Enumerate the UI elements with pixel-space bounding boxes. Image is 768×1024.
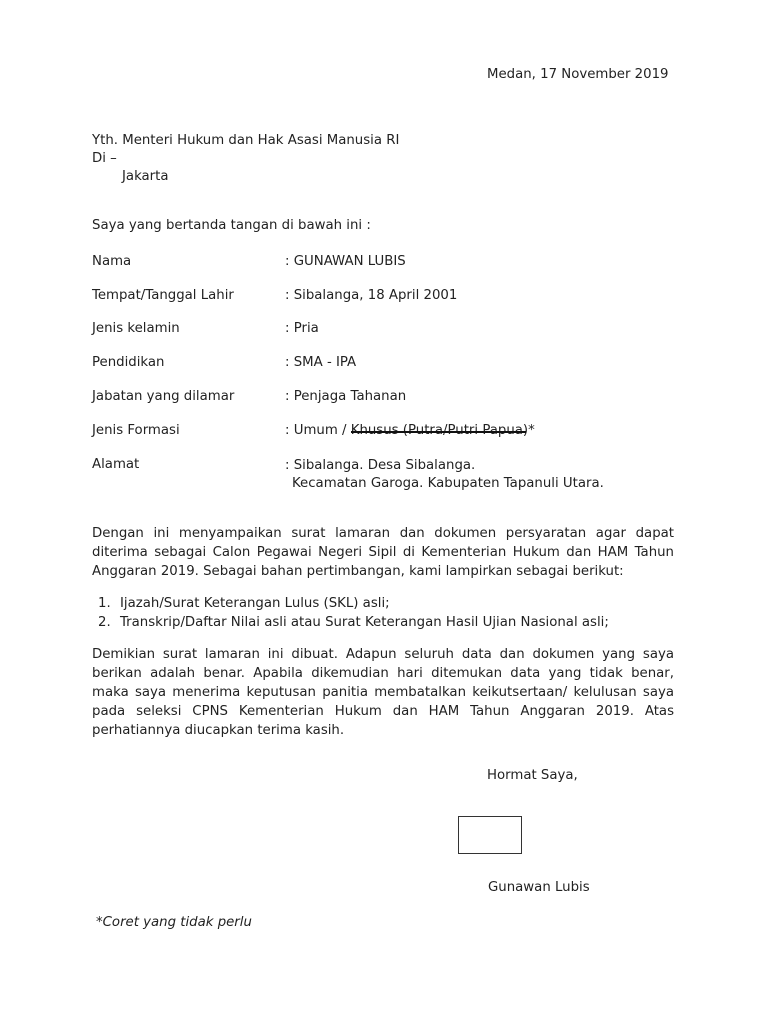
- field-label-nama: Nama: [92, 254, 131, 269]
- paragraph-submission: Dengan ini menyampaikan surat lamaran da…: [92, 524, 674, 581]
- signature-name: Gunawan Lubis: [488, 880, 590, 895]
- field-label-jenis-kelamin: Jenis kelamin: [92, 321, 180, 336]
- alamat-line-1: : Sibalanga. Desa Sibalanga.: [285, 457, 604, 475]
- addressee-di: Di –: [92, 150, 399, 168]
- field-label-jabatan: Jabatan yang dilamar: [92, 389, 234, 404]
- attachment-list: 1.Ijazah/Surat Keterangan Lulus (SKL) as…: [98, 594, 609, 632]
- field-value-alamat: : Sibalanga. Desa Sibalanga. Kecamatan G…: [285, 457, 604, 493]
- field-label-jenis-formasi: Jenis Formasi: [92, 423, 180, 438]
- formasi-struck-option: Khusus (Putra/Putri Papua): [351, 423, 528, 438]
- field-value-nama: : GUNAWAN LUBIS: [285, 254, 406, 269]
- footnote: *Coret yang tidak perlu: [96, 915, 252, 930]
- signature-box: [458, 816, 522, 854]
- formasi-asterisk: *: [528, 423, 535, 438]
- field-value-jenis-formasi: : Umum / Khusus (Putra/Putri Papua)*: [285, 423, 535, 438]
- intro-text: Saya yang bertanda tangan di bawah ini :: [92, 218, 371, 233]
- addressee-city: Jakarta: [92, 168, 399, 186]
- addressee-block: Yth. Menteri Hukum dan Hak Asasi Manusia…: [92, 132, 399, 186]
- field-value-pendidikan: : SMA - IPA: [285, 355, 356, 370]
- letter-date: Medan, 17 November 2019: [487, 67, 669, 82]
- addressee-line: Yth. Menteri Hukum dan Hak Asasi Manusia…: [92, 132, 399, 150]
- paragraph-declaration: Demikian surat lamaran ini dibuat. Adapu…: [92, 645, 674, 740]
- field-value-jenis-kelamin: : Pria: [285, 321, 319, 336]
- closing-salutation: Hormat Saya,: [487, 768, 578, 783]
- field-label-alamat: Alamat: [92, 457, 139, 472]
- list-item: 1.Ijazah/Surat Keterangan Lulus (SKL) as…: [98, 594, 609, 613]
- field-value-jabatan: : Penjaga Tahanan: [285, 389, 406, 404]
- list-item: 2.Transkrip/Daftar Nilai asli atau Surat…: [98, 613, 609, 632]
- field-label-pendidikan: Pendidikan: [92, 355, 164, 370]
- alamat-line-2: Kecamatan Garoga. Kabupaten Tapanuli Uta…: [285, 475, 604, 493]
- formasi-selected: : Umum /: [285, 423, 346, 438]
- field-label-tempat-tanggal-lahir: Tempat/Tanggal Lahir: [92, 288, 234, 303]
- field-value-tempat-tanggal-lahir: : Sibalanga, 18 April 2001: [285, 288, 457, 303]
